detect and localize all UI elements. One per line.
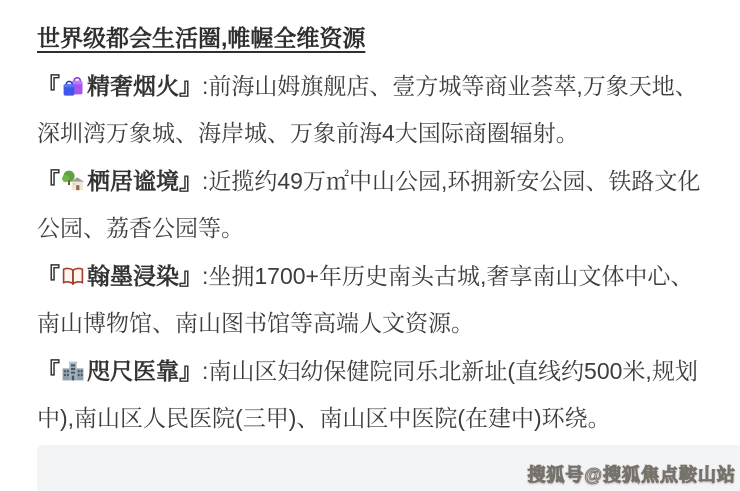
feature-heading: 『精奢烟火』 — [37, 73, 202, 99]
feature-paragraph-park: 『栖居谧境』:近揽约49万㎡中山公园,环拥新安公园、铁路文化 公园、荔香公园等。 — [37, 158, 710, 253]
feature-text: 中),南山区人民医院(三甲)、南山区中医院(在建中)环绕。 — [37, 405, 611, 431]
feature-paragraph-medical: 『咫尺医靠』:南山区妇幼保健院同乐北新址(直线约500米,规划 中),南山区人民… — [37, 348, 710, 443]
feature-line: 『栖居谧境』:近揽约49万㎡中山公园,环拥新安公园、铁路文化 — [37, 158, 710, 206]
feature-line: 『翰墨浸染』:坐拥1700+年历史南头古城,奢享南山文体中心、 — [37, 253, 710, 301]
feature-text: 深圳湾万象城、海岸城、万象前海4大国际商圈辐射。 — [37, 120, 579, 146]
bracket-close: 』 — [179, 263, 202, 289]
feature-text: 坐拥1700+年历史南头古城,奢享南山文体中心、 — [208, 263, 693, 289]
feature-line: 中),南山区人民医院(三甲)、南山区中医院(在建中)环绕。 — [37, 395, 710, 443]
feature-text: 南山博物馆、南山图书馆等高端人文资源。 — [37, 310, 474, 336]
feature-line: 公园、荔香公园等。 — [37, 205, 710, 253]
feature-heading: 『咫尺医靠』 — [37, 358, 202, 384]
feature-heading: 『翰墨浸染』 — [37, 263, 202, 289]
feature-line: 『精奢烟火』:前海山姆旗舰店、壹方城等商业荟萃,万象天地、 — [37, 63, 710, 111]
shopping-bags-icon — [61, 74, 85, 98]
feature-name: 栖居谧境 — [87, 168, 179, 194]
open-book-icon — [61, 264, 85, 288]
feature-paragraph-culture: 『翰墨浸染』:坐拥1700+年历史南头古城,奢享南山文体中心、 南山博物馆、南山… — [37, 253, 710, 348]
bracket-close: 』 — [179, 358, 202, 384]
feature-paragraph-shopping: 『精奢烟火』:前海山姆旗舰店、壹方城等商业荟萃,万象天地、 深圳湾万象城、海岸城… — [37, 63, 710, 158]
feature-line: 『咫尺医靠』:南山区妇幼保健院同乐北新址(直线约500米,规划 — [37, 348, 710, 396]
feature-text: 南山区妇幼保健院同乐北新址(直线约500米,规划 — [208, 358, 697, 384]
bracket-close: 』 — [179, 168, 202, 194]
feature-heading: 『栖居谧境』 — [37, 168, 202, 194]
feature-name: 精奢烟火 — [87, 73, 179, 99]
bracket-open: 『 — [37, 168, 60, 194]
house-with-garden-icon — [61, 169, 85, 193]
feature-name: 翰墨浸染 — [87, 263, 179, 289]
section-title-text: 世界级都会生活圈,帷幄全维资源 — [37, 25, 365, 51]
feature-line: 深圳湾万象城、海岸城、万象前海4大国际商圈辐射。 — [37, 110, 710, 158]
bracket-open: 『 — [37, 263, 60, 289]
section-title: 世界级都会生活圈,帷幄全维资源 — [37, 15, 710, 63]
bracket-open: 『 — [37, 73, 60, 99]
feature-text: 近揽约49万㎡中山公园,环拥新安公园、铁路文化 — [208, 168, 700, 194]
article-body: 世界级都会生活圈,帷幄全维资源 『精奢烟火』:前海山姆旗舰店、壹方城等商业荟萃,… — [0, 0, 740, 443]
feature-line: 南山博物馆、南山图书馆等高端人文资源。 — [37, 300, 710, 348]
feature-text: 前海山姆旗舰店、壹方城等商业荟萃,万象天地、 — [208, 73, 697, 99]
feature-text: 公园、荔香公园等。 — [37, 215, 244, 241]
feature-name: 咫尺医靠 — [87, 358, 179, 384]
bracket-close: 』 — [179, 73, 202, 99]
sohu-watermark: 搜狐号@搜狐焦点鞍山站 — [527, 461, 736, 487]
hospital-icon — [61, 359, 85, 383]
bracket-open: 『 — [37, 358, 60, 384]
